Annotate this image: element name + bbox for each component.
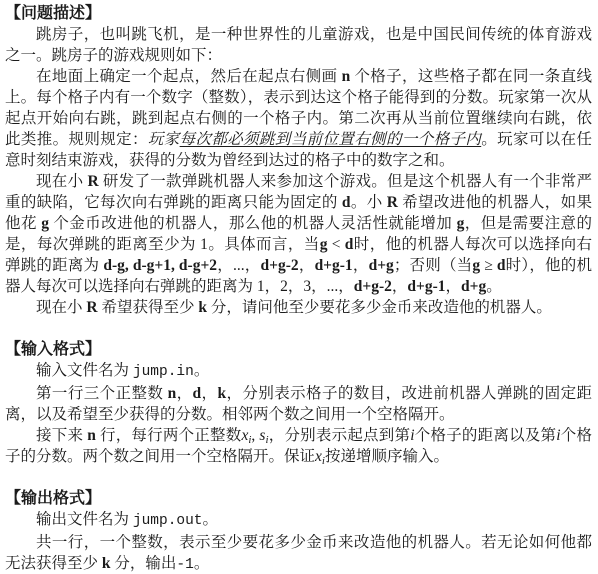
text-segment: ，	[392, 278, 408, 295]
paragraph-output-filename: 输出文件名为 jump.out。	[5, 509, 592, 532]
text-segment: ；否则（当	[394, 257, 473, 274]
section-heading-output-format: 【输出格式】	[5, 488, 592, 509]
text-segment: R	[387, 194, 398, 211]
paragraph-input-first-line: 第一行三个正整数 n，d，k，分别表示格子的数目，改进前机器人弹跳的固定距离，以…	[5, 383, 592, 425]
text-segment: 在地面上确定一个起点，然后在起点右侧画	[36, 68, 342, 85]
text-segment: d+g	[461, 278, 486, 295]
text-segment: 现在小	[36, 299, 86, 316]
section-output-format: 【输出格式】 输出文件名为 jump.out。 共一行，一个整数，表示至少要花多…	[5, 488, 592, 574]
text-segment: d+g-2	[354, 278, 392, 295]
text-segment: k	[102, 555, 111, 572]
text-segment: n	[168, 385, 177, 402]
text-segment: d	[193, 385, 202, 402]
paragraph-robot-description: 现在小 R 研发了一款弹跳机器人来参加这个游戏。但是这个机器人有一个非常严重的缺…	[5, 171, 592, 297]
text-segment: d+g	[369, 257, 394, 274]
text-segment: ，	[446, 278, 462, 295]
text-segment: R	[88, 173, 99, 190]
text-segment: 现在小	[36, 173, 88, 190]
text-segment: k	[217, 385, 226, 402]
text-segment: ，	[353, 257, 369, 274]
text-segment: 按递增顺序输入。	[325, 448, 449, 465]
text-segment: x	[315, 448, 322, 465]
text-segment: <	[327, 236, 344, 253]
text-segment: 分，请问他至少要花多少金币来改造他的机器人。	[207, 299, 552, 316]
text-segment: ≥	[480, 257, 497, 274]
text-segment: 第一行三个正整数	[36, 385, 168, 402]
text-segment: 输出文件名为	[36, 511, 133, 528]
text-segment: 个格子的距离以及第	[415, 427, 557, 444]
section-heading-input-format: 【输入格式】	[5, 339, 592, 360]
text-segment: d+g-1	[315, 257, 353, 274]
text-segment: 玩家	[148, 131, 180, 148]
output-value: -1	[176, 557, 193, 573]
text-segment: 希望获得至少	[98, 299, 199, 316]
text-segment: 。小	[351, 194, 387, 211]
section-heading-problem-description: 【问题描述】	[5, 3, 592, 24]
text-segment: d+g-1	[407, 278, 445, 295]
text-segment: ，	[299, 257, 315, 274]
problem-statement-document: 【问题描述】 跳房子，也叫跳飞机，是一种世界性的儿童游戏，也是中国民间传统的体育…	[0, 0, 598, 574]
text-segment: n	[342, 68, 351, 85]
text-segment: 接下来	[36, 427, 87, 444]
text-segment: k	[198, 299, 207, 316]
text-segment: d	[342, 194, 351, 211]
text-segment: 个金币改进他的机器人，那么他的机器人灵活性就能增加	[49, 215, 457, 232]
text-segment: ，	[201, 385, 217, 402]
text-segment: ，分别表示起点到第	[269, 427, 411, 444]
text-segment: 跳房子，也叫跳飞机，是一种世界性的儿童游戏，也是中国民间传统的体育游戏之一。跳房…	[5, 26, 592, 64]
text-segment: 。	[486, 278, 502, 295]
text-segment: R	[86, 299, 97, 316]
section-problem-description: 【问题描述】 跳房子，也叫跳飞机，是一种世界性的儿童游戏，也是中国民间传统的体育…	[5, 3, 592, 318]
text-segment: 。	[203, 511, 219, 528]
text-segment: 。	[194, 362, 210, 379]
output-filename: jump.out	[133, 513, 203, 529]
section-input-format: 【输入格式】 输入文件名为 jump.in。 第一行三个正整数 n，d，k，分别…	[5, 339, 592, 467]
text-segment: 共一行，一个整数，表示至少要花多少金币来改造他的机器人。若无论如何他都无法获得至…	[5, 534, 592, 572]
input-filename: jump.in	[133, 364, 194, 380]
text-segment: 每次都必须跳到当前位置右侧的一个格子内	[180, 131, 482, 148]
text-segment: 输入文件名为	[36, 362, 133, 379]
text-segment: ，...，	[217, 257, 260, 274]
text-segment: g	[41, 215, 49, 232]
paragraph-game-rules: 在地面上确定一个起点，然后在起点右侧画 n 个格子，这些格子都在同一条直线上。每…	[5, 66, 592, 171]
paragraph-intro: 跳房子，也叫跳飞机，是一种世界性的儿童游戏，也是中国民间传统的体育游戏之一。跳房…	[5, 24, 592, 66]
text-segment: 分，输出	[111, 555, 177, 572]
text-segment: 行，每行两个正整数	[96, 427, 242, 444]
paragraph-input-filename: 输入文件名为 jump.in。	[5, 360, 592, 383]
text-segment: 。	[194, 555, 210, 572]
paragraph-input-following-lines: 接下来 n 行，每行两个正整数xi, si，分别表示起点到第i个格子的距离以及第…	[5, 425, 592, 467]
text-segment: n	[87, 427, 96, 444]
text-segment: g	[472, 257, 480, 274]
text-segment: d-g, d-g+1, d-g+2	[103, 257, 217, 274]
paragraph-output-description: 共一行，一个整数，表示至少要花多少金币来改造他的机器人。若无论如何他都无法获得至…	[5, 532, 592, 574]
paragraph-question: 现在小 R 希望获得至少 k 分，请问他至少要花多少金币来改造他的机器人。	[5, 297, 592, 318]
text-segment: d+g-2	[261, 257, 299, 274]
text-segment: ，	[176, 385, 192, 402]
